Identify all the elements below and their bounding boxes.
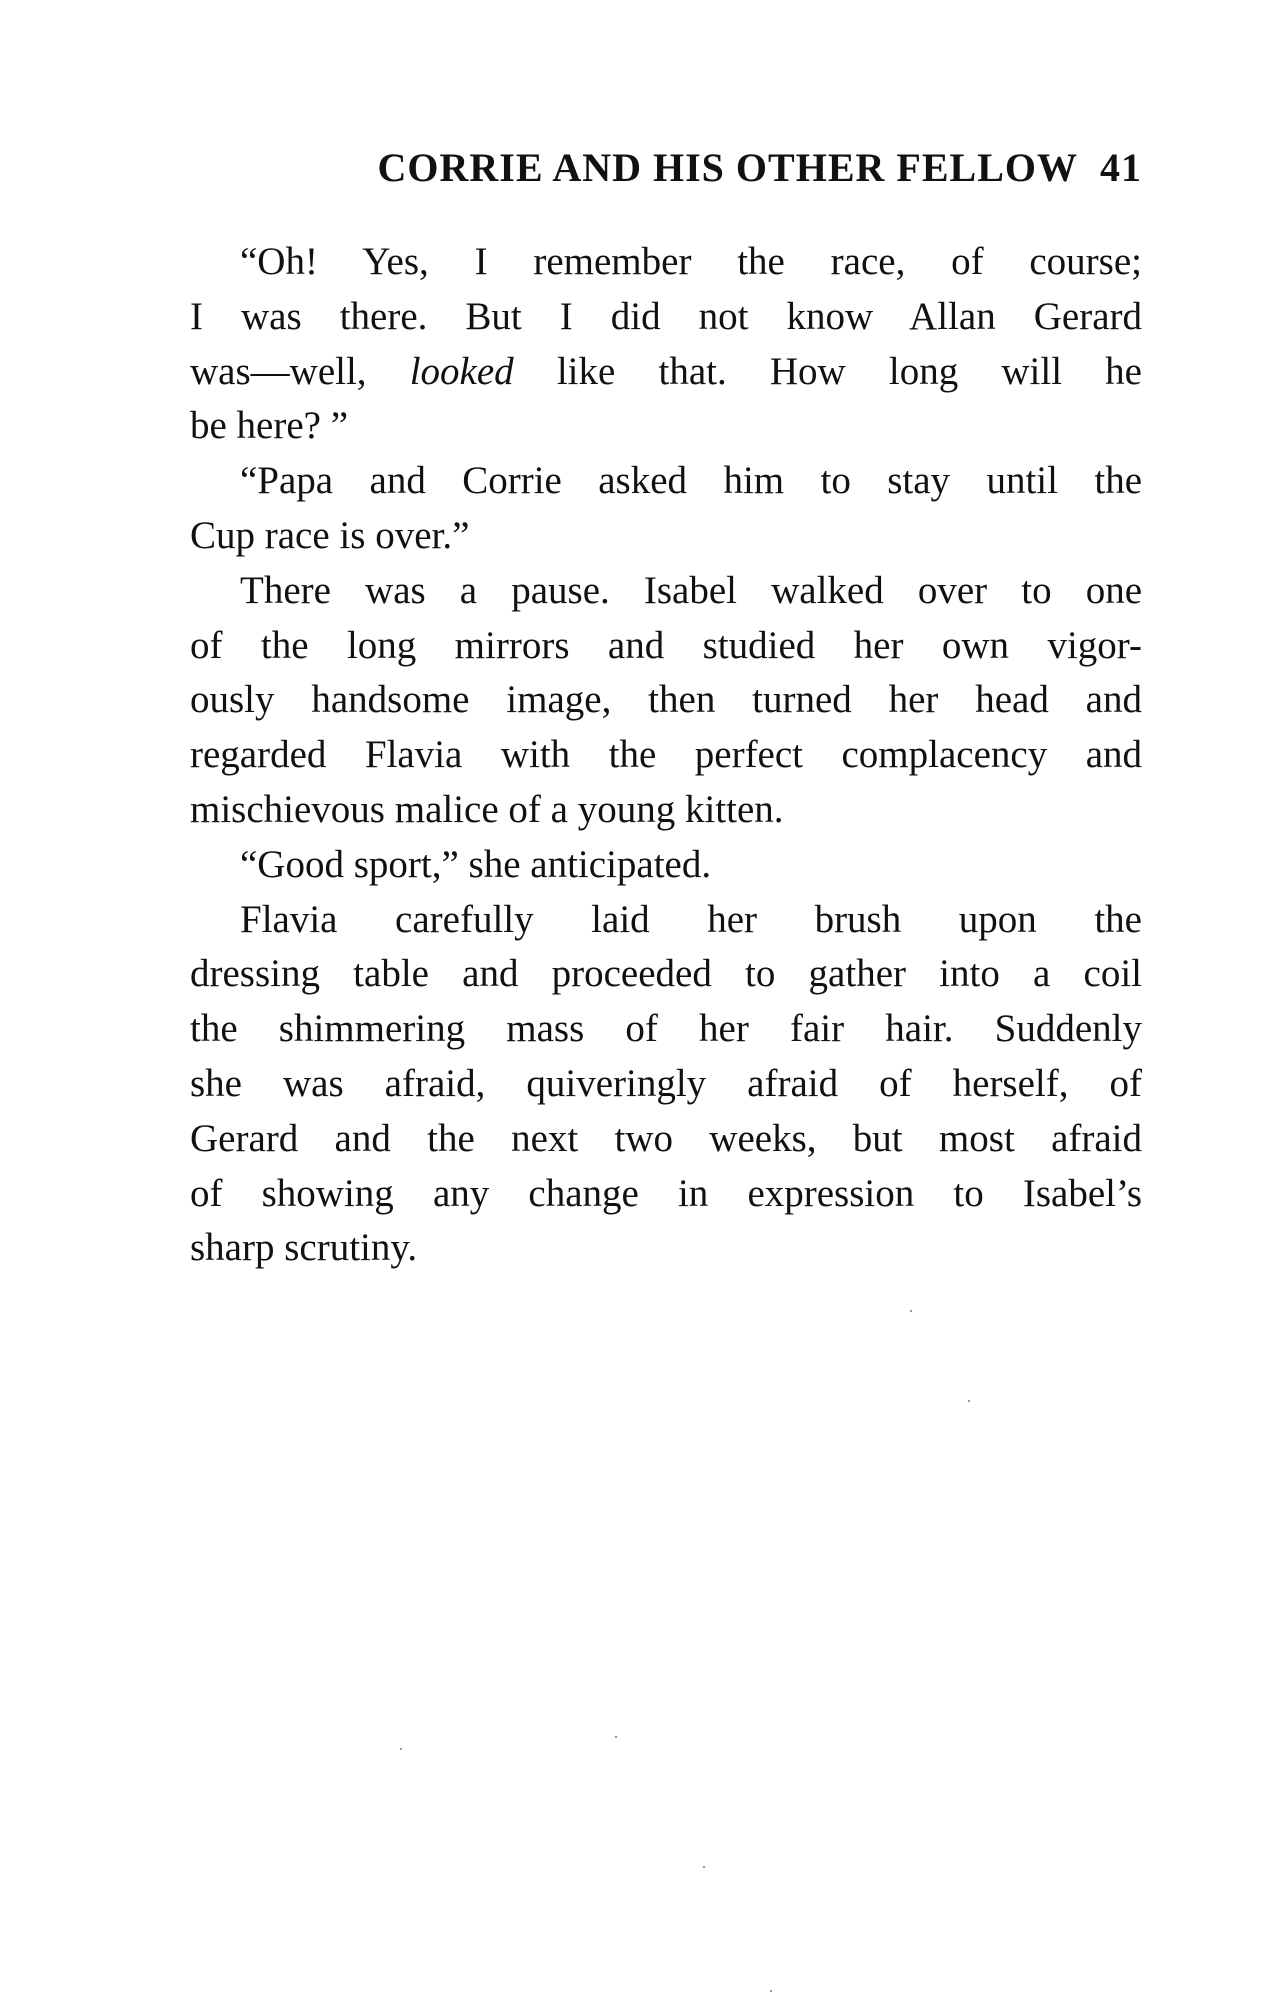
scan-speck xyxy=(910,1310,912,1312)
text-line: be here? ” xyxy=(190,399,1142,454)
text-line: mischievous malice of a young kitten. xyxy=(190,783,1142,838)
text-line: Gerard and the next two weeks, but most … xyxy=(190,1112,1142,1167)
text-run: like that. How long will he xyxy=(514,350,1142,393)
italic-emphasis: looked xyxy=(410,350,514,393)
text-line: of showing any change in expression to I… xyxy=(190,1167,1142,1222)
text-line: I was there. But I did not know Allan Ge… xyxy=(190,290,1142,345)
text-line: of the long mirrors and studied her own … xyxy=(190,619,1142,674)
body-text: “Oh! Yes, I remember the race, of course… xyxy=(190,235,1142,1276)
text-line: “Good sport,” she anticipated. xyxy=(190,838,1142,893)
text-line: the shimmering mass of her fair hair. Su… xyxy=(190,1002,1142,1057)
text-line: ously handsome image, then turned her he… xyxy=(190,673,1142,728)
scan-speck xyxy=(770,1990,772,1992)
text-run: was—well, xyxy=(190,350,410,393)
text-line: “Papa and Corrie asked him to stay until… xyxy=(190,454,1142,509)
scan-speck xyxy=(615,1736,617,1738)
scan-speck xyxy=(703,1866,705,1868)
text-line: was—well, looked like that. How long wil… xyxy=(190,345,1142,400)
text-line: regarded Flavia with the perfect complac… xyxy=(190,728,1142,783)
scan-speck xyxy=(968,1400,970,1402)
text-line: There was a pause. Isabel walked over to… xyxy=(190,564,1142,619)
text-line: dressing table and proceeded to gather i… xyxy=(190,947,1142,1002)
text-line: Cup race is over.” xyxy=(190,509,1142,564)
running-title: CORRIE AND HIS OTHER FELLOW xyxy=(378,145,1078,190)
text-line: Flavia carefully laid her brush upon the xyxy=(190,893,1142,948)
text-line: sharp scrutiny. xyxy=(190,1221,1142,1276)
text-line: she was afraid, quiveringly afraid of he… xyxy=(190,1057,1142,1112)
scan-speck xyxy=(400,1748,402,1750)
text-line: “Oh! Yes, I remember the race, of course… xyxy=(190,235,1142,290)
page-number: 41 xyxy=(1100,145,1142,190)
running-header: CORRIE AND HIS OTHER FELLOW41 xyxy=(190,146,1142,190)
